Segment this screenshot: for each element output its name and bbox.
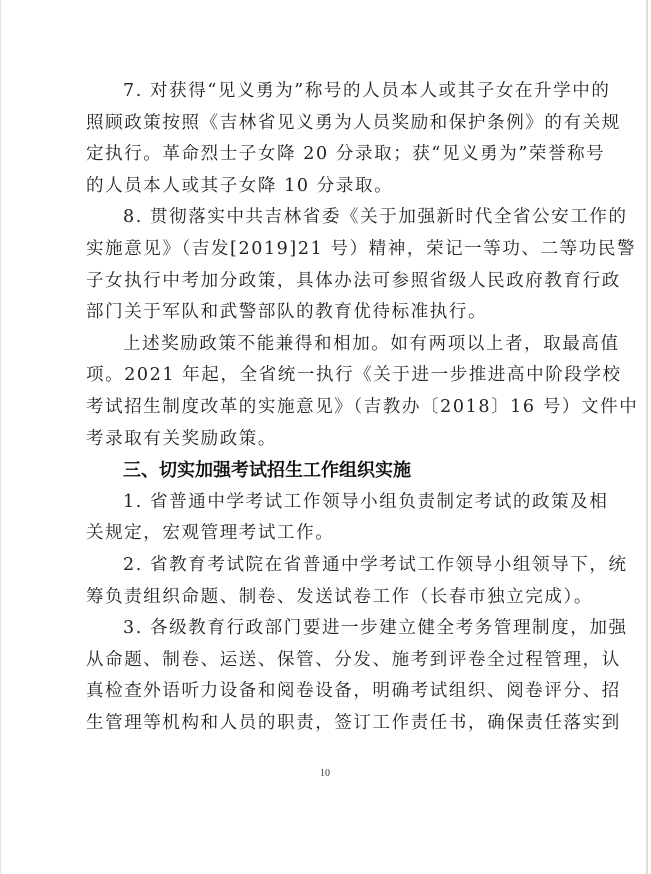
text-line: 3. 各级教育行政部门要进一步建立健全考务管理制度，加强 bbox=[86, 613, 568, 645]
text-line: 考试招生制度改革的实施意见》（吉教办〔2018〕16 号）文件中 bbox=[86, 392, 568, 424]
text-line: 7. 对获得“见义勇为”称号的人员本人或其子女在升学中的 bbox=[86, 76, 568, 108]
paragraph-sec3-item-1: 1. 省普通中学考试工作领导小组负责制定考试的政策及相 关规定，宏观管理考试工作… bbox=[86, 487, 568, 550]
text-line: 真检查外语听力设备和阅卷设备，明确考试组织、阅卷评分、招 bbox=[86, 676, 568, 708]
text-line: 照顾政策按照《吉林省见义勇为人员奖励和保护条例》的有关规 bbox=[86, 108, 568, 140]
text-line: 2. 省教育考试院在省普通中学考试工作领导小组领导下，统 bbox=[86, 550, 568, 582]
text-line: 上述奖励政策不能兼得和相加。如有两项以上者，取最高值 bbox=[86, 329, 568, 361]
paragraph-sec3-item-2: 2. 省教育考试院在省普通中学考试工作领导小组领导下，统 筹负责组织命题、制卷、… bbox=[86, 550, 568, 613]
text-line: 定执行。革命烈士子女降 20 分录取；获“见义勇为”荣誉称号 bbox=[86, 139, 568, 171]
page-body: 7. 对获得“见义勇为”称号的人员本人或其子女在升学中的 照顾政策按照《吉林省见… bbox=[86, 76, 568, 739]
text-line: 子女执行中考加分政策，具体办法可参照省级人民政府教育行政 bbox=[86, 266, 568, 298]
text-line: 部门关于军队和武警部队的教育优待标准执行。 bbox=[86, 297, 568, 329]
paragraph-note: 上述奖励政策不能兼得和相加。如有两项以上者，取最高值 项。2021 年起，全省统… bbox=[86, 329, 568, 455]
text-line: 项。2021 年起，全省统一执行《关于进一步推进高中阶段学校 bbox=[86, 360, 568, 392]
section-heading: 三、切实加强考试招生工作组织实施 bbox=[86, 455, 568, 487]
document-page: 7. 对获得“见义勇为”称号的人员本人或其子女在升学中的 照顾政策按照《吉林省见… bbox=[0, 0, 648, 874]
paragraph-sec3-item-3: 3. 各级教育行政部门要进一步建立健全考务管理制度，加强 从命题、制卷、运送、保… bbox=[86, 613, 568, 739]
paragraph-item-7: 7. 对获得“见义勇为”称号的人员本人或其子女在升学中的 照顾政策按照《吉林省见… bbox=[86, 76, 568, 202]
text-line: 实施意见》（吉发[2019]21 号）精神，荣记一等功、二等功民警 bbox=[86, 234, 568, 266]
text-line: 关规定，宏观管理考试工作。 bbox=[86, 518, 568, 550]
text-line: 筹负责组织命题、制卷、发送试卷工作（长春市独立完成）。 bbox=[86, 582, 568, 614]
text-line: 从命题、制卷、运送、保管、分发、施考到评卷全过程管理，认 bbox=[86, 645, 568, 677]
text-line: 生管理等机构和人员的职责，签订工作责任书，确保责任落实到 bbox=[86, 708, 568, 740]
paragraph-item-8: 8. 贯彻落实中共吉林省委《关于加强新时代全省公安工作的 实施意见》（吉发[20… bbox=[86, 202, 568, 328]
text-line: 1. 省普通中学考试工作领导小组负责制定考试的政策及相 bbox=[86, 487, 568, 519]
page-number: 10 bbox=[1, 768, 649, 779]
text-line: 8. 贯彻落实中共吉林省委《关于加强新时代全省公安工作的 bbox=[86, 202, 568, 234]
text-line: 考录取有关奖励政策。 bbox=[86, 424, 568, 456]
text-line: 的人员本人或其子女降 10 分录取。 bbox=[86, 171, 568, 203]
